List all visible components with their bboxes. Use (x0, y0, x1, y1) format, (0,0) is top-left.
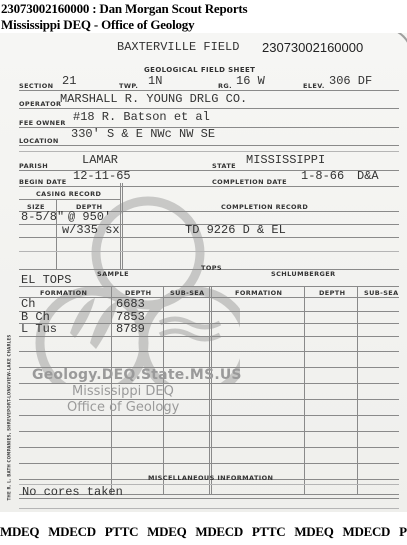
operator-value: MARSHALL R. YOUNG DRLG CO. (60, 92, 247, 106)
top-depth-1: 6683 (116, 297, 145, 311)
location-value: 330' S & E NWc NW SE (71, 127, 215, 141)
form-title: GEOLOGICAL FIELD SHEET (144, 66, 255, 74)
completion-record-value: TD 9226 D & EL (185, 223, 286, 237)
top-depth-3: 8789 (116, 322, 145, 336)
tops-heading: TOPS (201, 264, 222, 272)
sample-heading: SAMPLE (97, 270, 129, 278)
schlumberger-subsea-header: SUB-SEA (364, 289, 399, 297)
begin-date-label: BEGIN DATE (19, 178, 67, 186)
begin-date-value: 12-11-65 (73, 169, 131, 183)
misc-info-heading: MISCELLANEOUS INFORMATION (148, 474, 273, 482)
completion-record-heading: COMPLETION RECORD (221, 203, 308, 211)
geological-field-sheet: BAXTERVILLE FIELD 23073002160000 GEOLOGI… (0, 33, 407, 512)
elev-value: 306 DF (329, 74, 372, 88)
completion-status-value: D&A (357, 169, 379, 183)
operator-label: OPERATOR (19, 100, 61, 108)
casing-cement-value: w/335 sx (62, 223, 120, 237)
sample-formation-header: FORMATION (40, 289, 87, 297)
report-title: 23073002160000 : Dan Morgan Scout Report… (1, 1, 247, 17)
fee-owner-label: FEE OWNER (19, 119, 66, 127)
state-label: STATE (212, 162, 236, 170)
twp-value: 1N (148, 74, 162, 88)
state-value: MISSISSIPPI (246, 153, 325, 167)
casing-depth-value: @ 950' (68, 210, 111, 224)
tops-type-note: EL TOPS (21, 273, 71, 287)
elev-label: ELEV. (303, 82, 325, 90)
printer-imprint: THE R. L. BATH COMPANIES, SHREVEPORT-LON… (2, 333, 10, 503)
rg-label: RG. (218, 82, 232, 90)
sample-subsea-header: SUB-SEA (170, 289, 205, 297)
schlumberger-heading: SCHLUMBERGER (271, 270, 336, 278)
top-formation-1: Ch (21, 297, 35, 311)
twp-label: TWP. (119, 82, 138, 90)
watermark-url: Geology.DEQ.State.MS.US (32, 367, 242, 383)
section-label: SECTION (19, 82, 54, 90)
rg-value: 16 W (236, 74, 265, 88)
schlumberger-depth-header: DEPTH (319, 289, 345, 297)
parish-label: PARISH (19, 162, 48, 170)
page-curl (383, 33, 407, 57)
footer-agency-banner: MDEQ MDECD PTTC MDEQ MDECD PTTC MDEQ MDE… (0, 524, 407, 540)
misc-info-value: No cores taken (22, 485, 123, 499)
casing-record-heading: CASING RECORD (36, 190, 101, 198)
location-label: LOCATION (19, 137, 59, 145)
completion-date-value: 1-8-66 (301, 169, 344, 183)
parish-value: LAMAR (82, 153, 118, 167)
completion-date-label: COMPLETION DATE (212, 178, 287, 186)
top-formation-3: L Tus (21, 322, 57, 336)
sample-depth-header: DEPTH (125, 289, 151, 297)
watermark-office: Office of Geology (67, 400, 179, 415)
schlumberger-formation-header: FORMATION (235, 289, 282, 297)
fee-owner-value: #18 R. Batson et al (73, 110, 210, 124)
section-value: 21 (62, 74, 76, 88)
report-subtitle: Mississippi DEQ - Office of Geology (1, 17, 194, 33)
api-number: 23073002160000 (262, 40, 363, 55)
field-name: BAXTERVILLE FIELD (117, 40, 239, 54)
watermark-agency: Mississippi DEQ (72, 384, 174, 399)
casing-size-value: 8-5/8" (21, 210, 64, 224)
